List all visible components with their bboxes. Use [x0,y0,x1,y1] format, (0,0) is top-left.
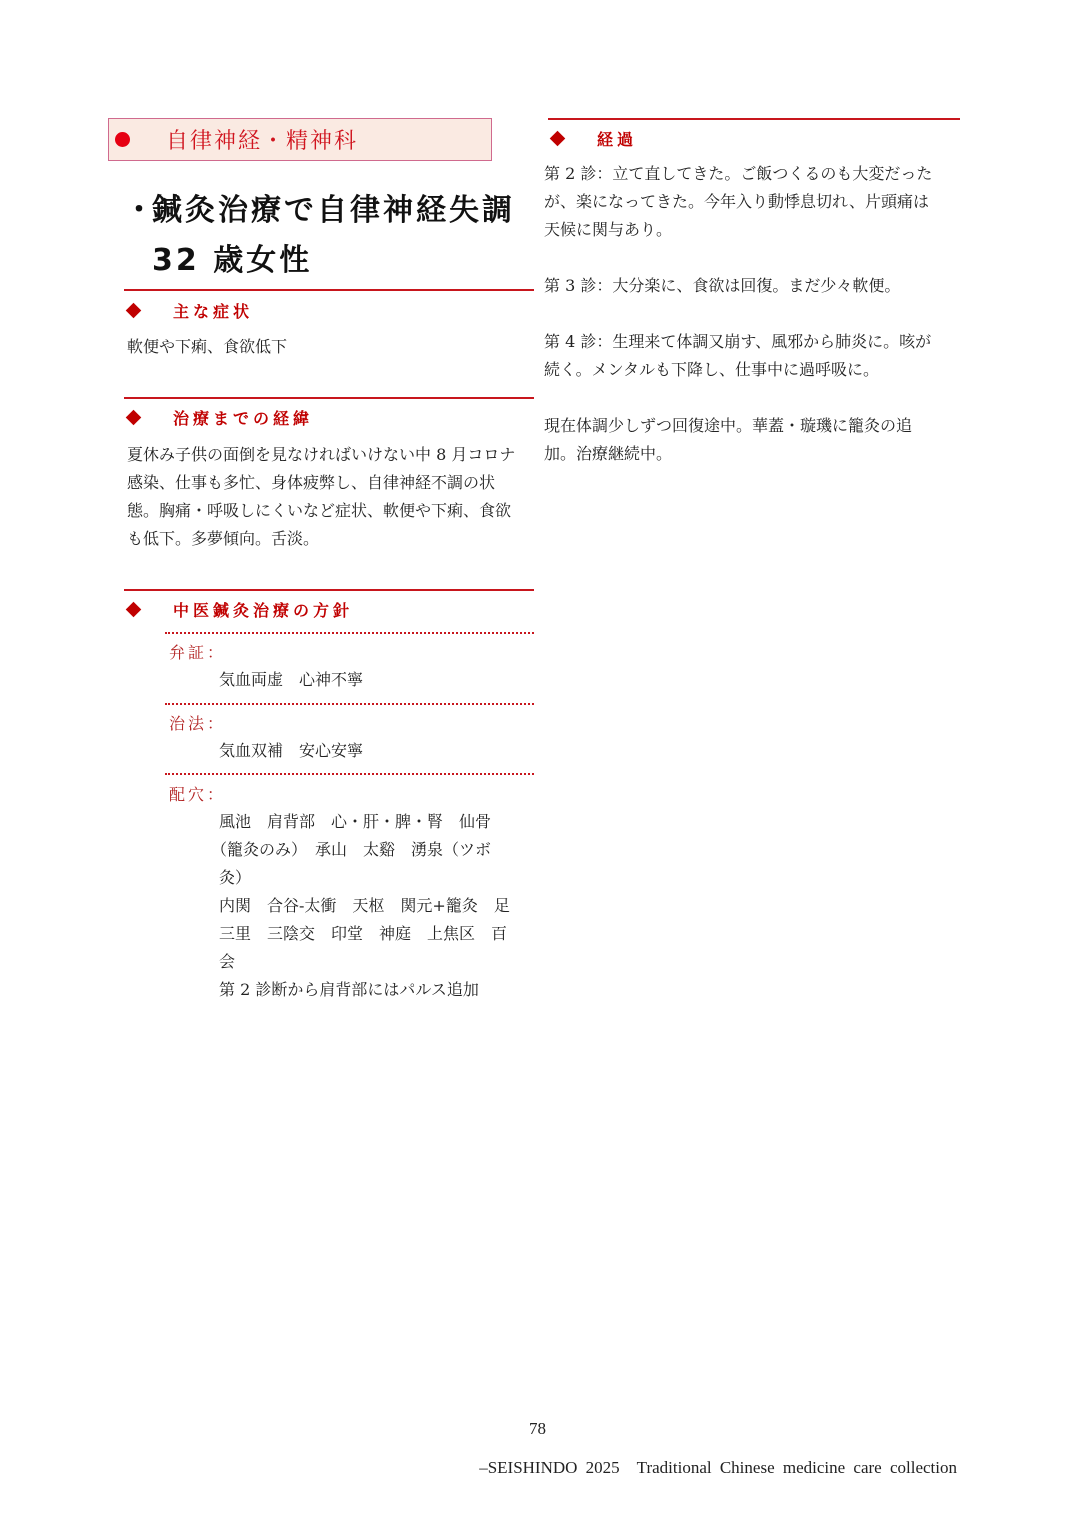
category-label: 自律神経・精神科 [166,124,358,155]
title-line-1: 鍼灸治療で自律神経失調 [152,193,515,228]
section-heading-progress: 経過 [548,126,637,150]
points-line: 風池 肩背部 心・肝・脾・腎 仙骨 [219,808,539,836]
points-line: 第 2 診断から肩背部にはパルス追加 [219,976,539,1004]
section-heading-history: 治療までの経緯 [124,405,313,429]
section-heading-symptoms: 主な症状 [124,298,253,322]
visit-line: 現在体調少しずつ回復途中。華蓋・璇璣に籠灸の追 [544,412,954,440]
visit-line: 続く。メンタルも下降し、仕事中に過呼吸に。 [544,356,954,384]
dotted-divider [165,773,534,775]
diamond-icon [550,130,566,146]
article-title: ・鍼灸治療で自律神経失調 32 歳女性 [124,186,544,286]
treatment-label: 治法： [169,711,226,734]
visit-4-entry: 第 4 診：生理来て体調又崩す、風邪から肺炎に。咳が 続く。メンタルも下降し、仕… [544,328,954,384]
visit-line: 天候に関与あり。 [544,216,954,244]
page-number: 78 [0,1419,1075,1439]
diamond-icon [126,302,142,318]
category-banner: 自律神経・精神科 [108,118,492,161]
section-divider [124,589,534,591]
points-line: （籠灸のみ） 承山 太谿 湧泉（ツボ [211,836,539,864]
visit-line: 加。治療継続中。 [544,440,954,468]
section-title: 経過 [597,127,637,150]
visit-line: 第 4 診：生理来て体調又崩す、風邪から肺炎に。咳が [544,328,954,356]
title-bullet: ・ [124,186,152,236]
section-title: 治療までの経緯 [173,406,313,429]
current-status-entry: 現在体調少しずつ回復途中。華蓋・璇璣に籠灸の追 加。治療継続中。 [544,412,954,468]
visit-line: 第 2 診：立て直してきた。ご飯つくるのも大変だった [544,160,954,188]
symptoms-text: 軟便や下痢、食欲低下 [127,333,287,361]
points-line: 灸） [219,864,539,892]
visit-line: が、楽になってきた。今年入り動悸息切れ、片頭痛は [544,188,954,216]
section-divider [124,289,534,291]
history-line: も低下。多夢傾向。舌淡。 [127,525,537,553]
section-title: 中医鍼灸治療の方針 [173,598,353,621]
visit-line: 第 3 診：大分楽に、食欲は回復。まだ少々軟便。 [544,272,954,300]
history-line: 態。胸痛・呼吸しにくいなど症状、軟便や下痢、食欲 [127,497,537,525]
red-dot-icon [115,132,130,147]
diamond-icon [126,409,142,425]
history-text: 夏休み子供の面倒を見なければいけない中 8 月コロナ 感染、仕事も多忙、身体疲弊… [127,441,537,553]
treatment-value: 気血双補 安心安寧 [219,737,363,765]
points-list: 風池 肩背部 心・肝・脾・腎 仙骨 （籠灸のみ） 承山 太谿 湧泉（ツボ 灸） … [219,808,539,1004]
progress-text: 第 2 診：立て直してきた。ご飯つくるのも大変だった が、楽になってきた。今年入… [544,160,954,468]
points-line: 三里 三陰交 印堂 神庭 上焦区 百 [219,920,539,948]
visit-3-entry: 第 3 診：大分楽に、食欲は回復。まだ少々軟便。 [544,272,954,300]
footer-credit: –SEISHINDO 2025 Traditional Chinese medi… [479,1453,957,1478]
section-divider [548,118,960,120]
points-line: 内関 合谷-太衝 天枢 関元+籠灸 足 [219,892,539,920]
diagnosis-label: 弁証： [169,640,226,663]
section-divider [124,397,534,399]
points-line: 会 [219,948,539,976]
visit-2-entry: 第 2 診：立て直してきた。ご飯つくるのも大変だった が、楽になってきた。今年入… [544,160,954,244]
diagnosis-value: 気血両虚 心神不寧 [219,666,363,694]
dotted-divider [165,703,534,705]
section-heading-policy: 中医鍼灸治療の方針 [124,597,353,621]
diamond-icon [126,601,142,617]
history-line: 夏休み子供の面倒を見なければいけない中 8 月コロナ [127,441,537,469]
history-line: 感染、仕事も多忙、身体疲弊し、自律神経不調の状 [127,469,537,497]
dotted-divider [165,632,534,634]
points-label: 配穴： [169,782,226,805]
title-line-2: 32 歳女性 [124,236,544,286]
section-title: 主な症状 [173,299,253,322]
